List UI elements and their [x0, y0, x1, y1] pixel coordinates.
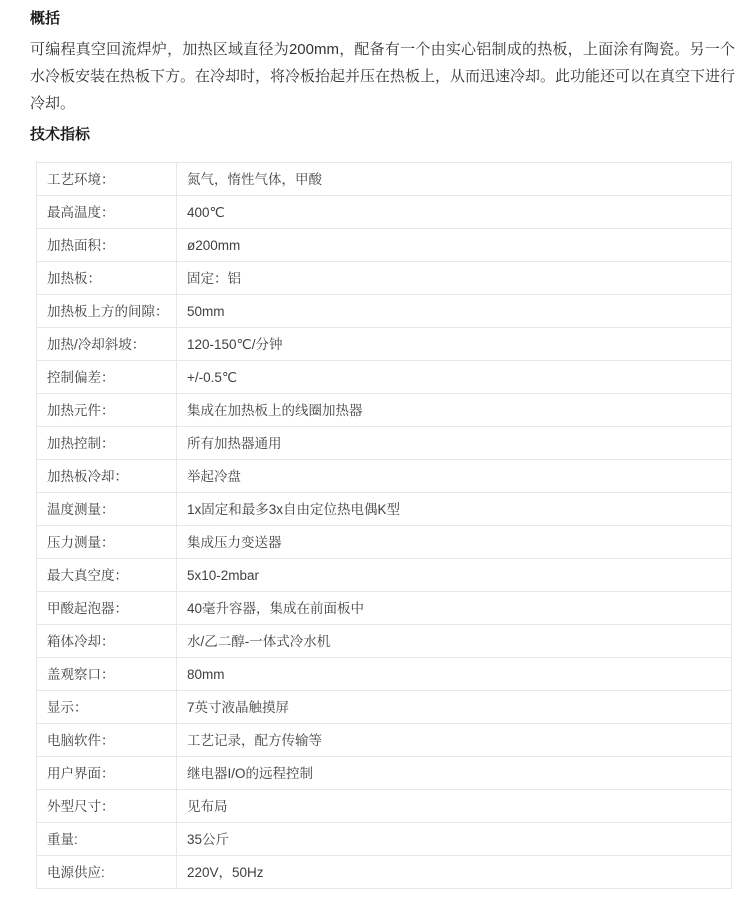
spec-value: 工艺记录，配方传输等 [177, 724, 732, 757]
table-row: 电脑软件：工艺记录，配方传输等 [37, 724, 732, 757]
spec-value: 35公斤 [177, 823, 732, 856]
table-row: 温度测量：1x固定和最多3x自由定位热电偶K型 [37, 493, 732, 526]
spec-value: 水/乙二醇-一体式冷水机 [177, 625, 732, 658]
spec-label: 箱体冷却： [37, 625, 177, 658]
overview-heading: 概括 [30, 10, 735, 28]
spec-value: 400℃ [177, 196, 732, 229]
table-row: 加热板上方的间隙：50mm [37, 295, 732, 328]
spec-label: 显示： [37, 691, 177, 724]
spec-value: 集成压力变送器 [177, 526, 732, 559]
spec-value: 7英寸液晶触摸屏 [177, 691, 732, 724]
spec-value: 见布局 [177, 790, 732, 823]
table-row: 甲酸起泡器：40毫升容器，集成在前面板中 [37, 592, 732, 625]
spec-label: 加热/冷却斜坡： [37, 328, 177, 361]
specs-table-body: 工艺环境：氮气，惰性气体，甲酸最高温度：400℃加热面积：ø200mm加热板：固… [37, 163, 732, 889]
table-row: 电源供应:220V，50Hz [37, 856, 732, 889]
spec-label: 加热控制： [37, 427, 177, 460]
spec-label: 加热板上方的间隙： [37, 295, 177, 328]
specs-heading: 技术指标 [30, 126, 735, 144]
table-row: 工艺环境：氮气，惰性气体，甲酸 [37, 163, 732, 196]
spec-label: 甲酸起泡器： [37, 592, 177, 625]
spec-label: 最高温度： [37, 196, 177, 229]
spec-label: 电源供应: [37, 856, 177, 889]
spec-value: 1x固定和最多3x自由定位热电偶K型 [177, 493, 732, 526]
table-row: 外型尺寸：见布局 [37, 790, 732, 823]
spec-value: 5x10-2mbar [177, 559, 732, 592]
spec-label: 温度测量： [37, 493, 177, 526]
table-row: 加热控制：所有加热器通用 [37, 427, 732, 460]
spec-label: 加热元件： [37, 394, 177, 427]
spec-label: 加热面积： [37, 229, 177, 262]
spec-label: 最大真空度： [37, 559, 177, 592]
spec-label: 电脑软件： [37, 724, 177, 757]
table-row: 最大真空度：5x10-2mbar [37, 559, 732, 592]
spec-value: 集成在加热板上的线圈加热器 [177, 394, 732, 427]
table-row: 箱体冷却：水/乙二醇-一体式冷水机 [37, 625, 732, 658]
table-row: 加热元件：集成在加热板上的线圈加热器 [37, 394, 732, 427]
spec-value: 40毫升容器，集成在前面板中 [177, 592, 732, 625]
spec-value: 220V，50Hz [177, 856, 732, 889]
table-row: 加热/冷却斜坡：120-150℃/分钟 [37, 328, 732, 361]
spec-document-page: 概括 可编程真空回流焊炉，加热区域直径为200mm，配备有一个由实心铝制成的热板… [0, 0, 750, 903]
table-row: 最高温度：400℃ [37, 196, 732, 229]
spec-value: 氮气，惰性气体，甲酸 [177, 163, 732, 196]
spec-label: 控制偏差： [37, 361, 177, 394]
table-row: 加热板：固定：铝 [37, 262, 732, 295]
spec-value: 80mm [177, 658, 732, 691]
spec-label: 重量: [37, 823, 177, 856]
spec-label: 加热板冷却： [37, 460, 177, 493]
spec-label: 工艺环境： [37, 163, 177, 196]
table-row: 加热面积：ø200mm [37, 229, 732, 262]
spec-value: 120-150℃/分钟 [177, 328, 732, 361]
table-row: 盖观察口：80mm [37, 658, 732, 691]
spec-value: ø200mm [177, 229, 732, 262]
table-row: 重量:35公斤 [37, 823, 732, 856]
table-row: 控制偏差：+/-0.5℃ [37, 361, 732, 394]
table-row: 加热板冷却：举起冷盘 [37, 460, 732, 493]
spec-label: 用户界面： [37, 757, 177, 790]
spec-value: 继电器I/O的远程控制 [177, 757, 732, 790]
spec-label: 压力测量： [37, 526, 177, 559]
spec-value: 举起冷盘 [177, 460, 732, 493]
spec-value: 50mm [177, 295, 732, 328]
overview-paragraph: 可编程真空回流焊炉，加热区域直径为200mm，配备有一个由实心铝制成的热板，上面… [30, 36, 735, 117]
specs-table: 工艺环境：氮气，惰性气体，甲酸最高温度：400℃加热面积：ø200mm加热板：固… [36, 162, 732, 889]
spec-value: 所有加热器通用 [177, 427, 732, 460]
spec-value: +/-0.5℃ [177, 361, 732, 394]
spec-label: 外型尺寸： [37, 790, 177, 823]
table-row: 显示：7英寸液晶触摸屏 [37, 691, 732, 724]
table-row: 压力测量：集成压力变送器 [37, 526, 732, 559]
spec-label: 盖观察口： [37, 658, 177, 691]
spec-value: 固定：铝 [177, 262, 732, 295]
table-row: 用户界面：继电器I/O的远程控制 [37, 757, 732, 790]
spec-label: 加热板： [37, 262, 177, 295]
